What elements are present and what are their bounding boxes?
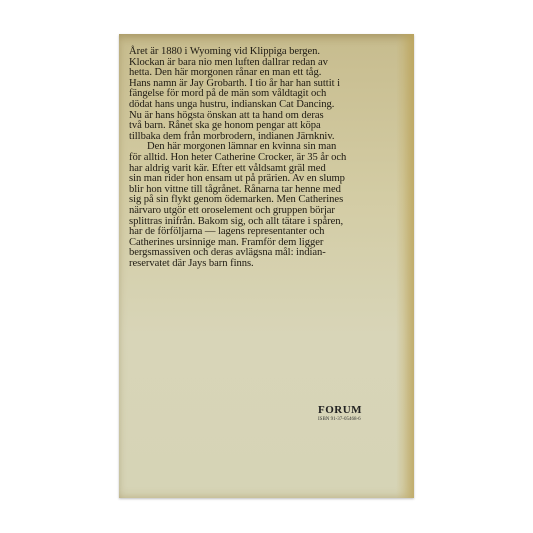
blurb-line: för alltid. Hon heter Catherine Crocker,… xyxy=(129,153,409,164)
publisher-name: FORUM xyxy=(318,404,362,416)
book-back-cover: Året är 1880 i Wyoming vid Klippiga berg… xyxy=(119,34,414,498)
blurb-text: Året är 1880 i Wyoming vid Klippiga berg… xyxy=(129,47,409,269)
blurb-line: närvaro utgör ett oroselement och gruppe… xyxy=(129,206,409,217)
blurb-paragraph: Året är 1880 i Wyoming vid Klippiga berg… xyxy=(129,47,409,142)
blurb-line: dödat hans unga hustru, indianskan Cat D… xyxy=(129,100,409,111)
blurb-line: reservatet där Jays barn finns. xyxy=(129,259,409,270)
blurb-line: Året är 1880 i Wyoming vid Klippiga berg… xyxy=(129,47,409,58)
blurb-paragraph: Den här morgonen lämnar en kvinna sin ma… xyxy=(129,142,409,269)
isbn-number: ISBN 91-37-05468-6 xyxy=(318,417,361,422)
